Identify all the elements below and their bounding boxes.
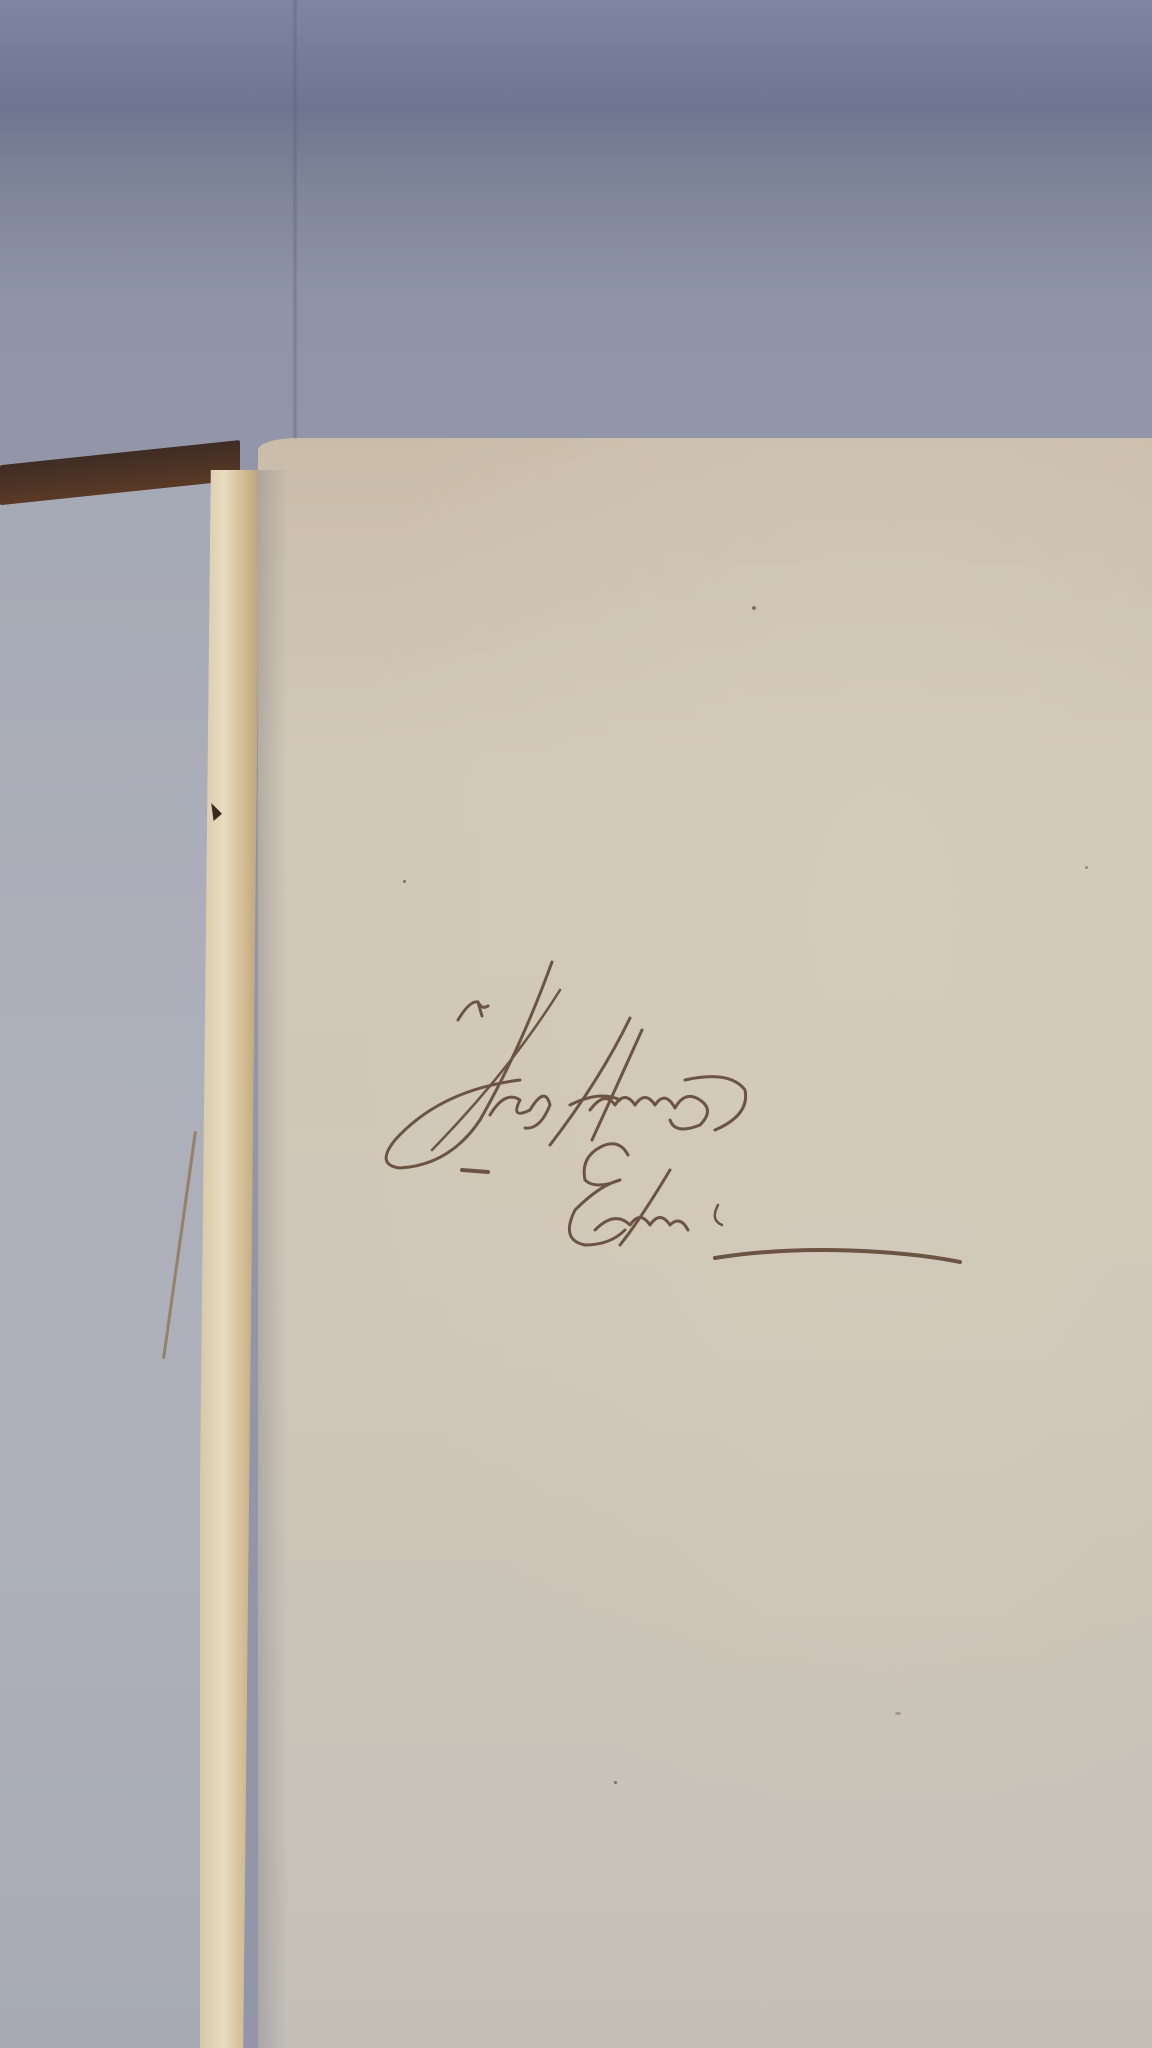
gutter-shadow [258,470,288,2048]
foxing-speck [752,606,756,610]
foxing-speck [614,1781,617,1784]
foxing-speck [403,880,406,883]
front-board-pastedown [0,470,225,2048]
handwritten-signature: Jas Hume Edinr [370,940,990,1280]
foxing-speck [895,1712,901,1715]
foxing-speck [1085,866,1088,869]
cloth-fold [292,0,298,470]
photo-scene: Jas Hume Edinr [0,0,1152,2048]
signature-strokes [370,940,990,1280]
